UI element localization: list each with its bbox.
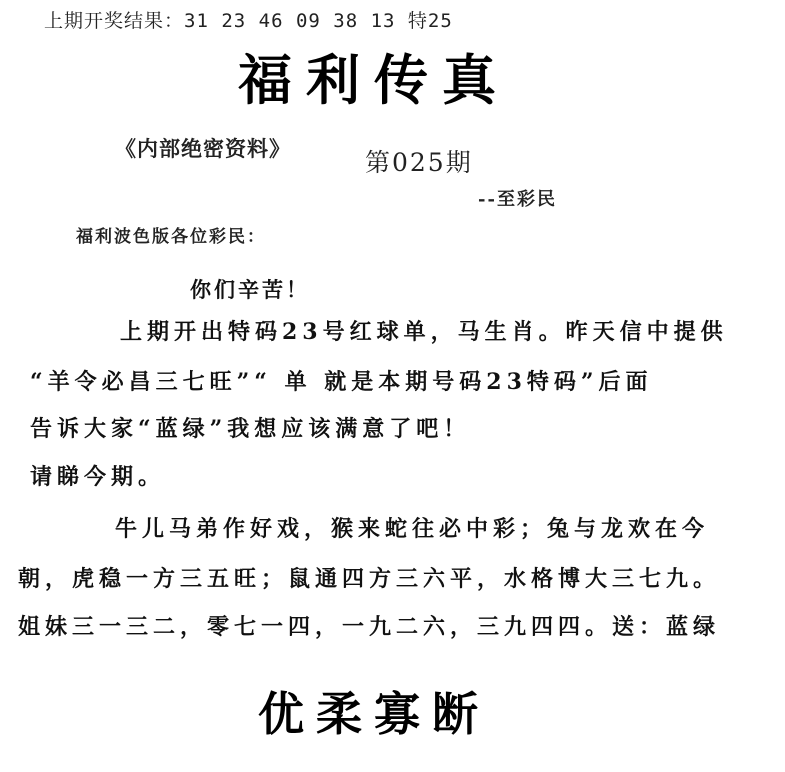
greeting: 福利波色版各位彩民： xyxy=(76,222,266,247)
body-line: 姐妹三一三二，零七一四，一九二六，三九四四。送：蓝绿 xyxy=(18,610,720,641)
body-line: 牛儿马弟作好戏，猴来蛇往必中彩；兔与龙欢在今 xyxy=(115,512,709,543)
body-line: 告诉大家“蓝绿”我想应该满意了吧！ xyxy=(30,412,470,443)
body-line: 朝，虎稳一方三五旺；鼠通四方三六平，水格博大三七九。 xyxy=(18,562,720,593)
body-line: 上期开出特码23号红球单，马生肖。昨天信中提供 xyxy=(120,315,728,346)
body-line: 请睇今期。 xyxy=(30,460,165,491)
body-line: “羊令必昌三七旺”“ 单 就是本期号码23特码”后面 xyxy=(30,365,653,396)
footer-title: 优柔寡断 xyxy=(258,678,490,744)
previous-draw-result: 上期开奖结果：31 23 46 09 38 13 特25 xyxy=(44,6,453,33)
subtitle: 《内部绝密资料》 xyxy=(115,133,291,163)
page-title: 福利传真 xyxy=(238,38,510,115)
signature: --至彩民 xyxy=(478,185,557,211)
issue-number: 第025期 xyxy=(365,143,473,179)
thanks-line: 你们辛苦！ xyxy=(190,274,310,304)
